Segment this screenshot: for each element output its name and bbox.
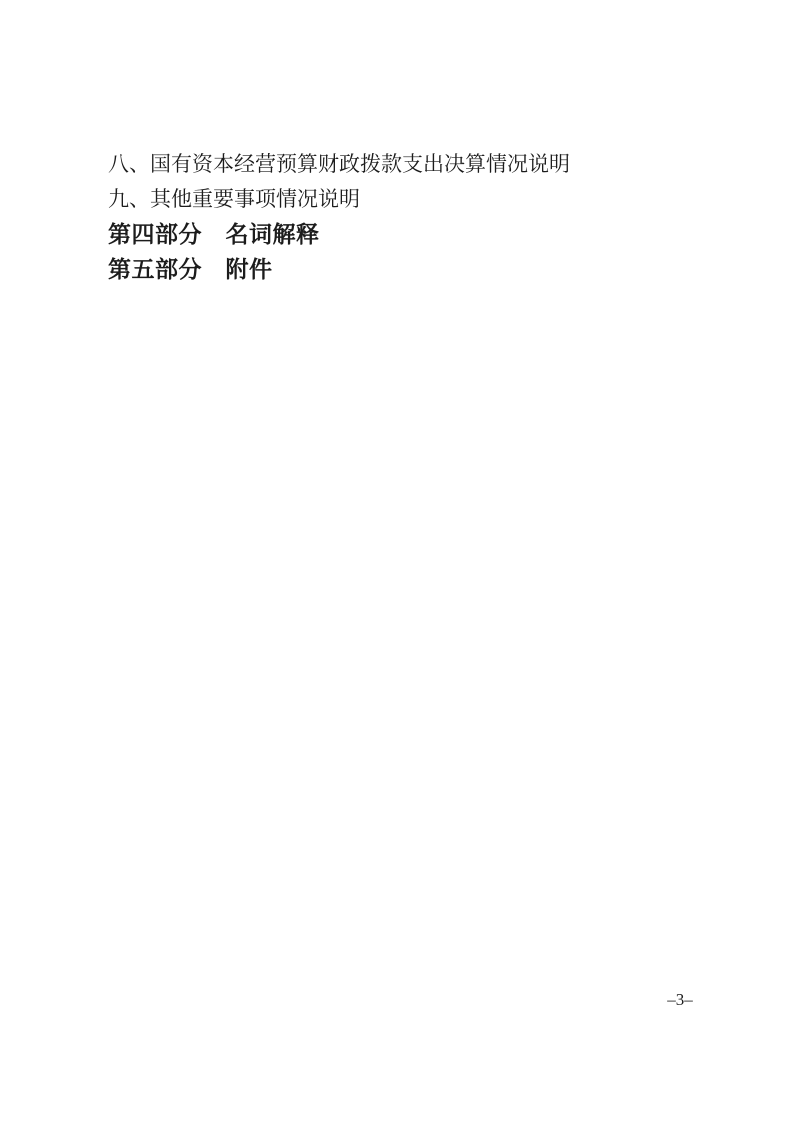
document-page: 八、国有资本经营预算财政拨款支出决算情况说明 九、其他重要事项情况说明 第四部分… <box>0 0 793 1122</box>
toc-section-5-heading: 第五部分 附件 <box>108 252 708 287</box>
table-of-contents: 八、国有资本经营预算财政拨款支出决算情况说明 九、其他重要事项情况说明 第四部分… <box>108 147 708 287</box>
toc-entry-9: 九、其他重要事项情况说明 <box>108 182 708 217</box>
toc-section-4-heading: 第四部分 名词解释 <box>108 217 708 252</box>
toc-entry-8: 八、国有资本经营预算财政拨款支出决算情况说明 <box>108 147 708 182</box>
page-number: –3– <box>655 990 705 1010</box>
